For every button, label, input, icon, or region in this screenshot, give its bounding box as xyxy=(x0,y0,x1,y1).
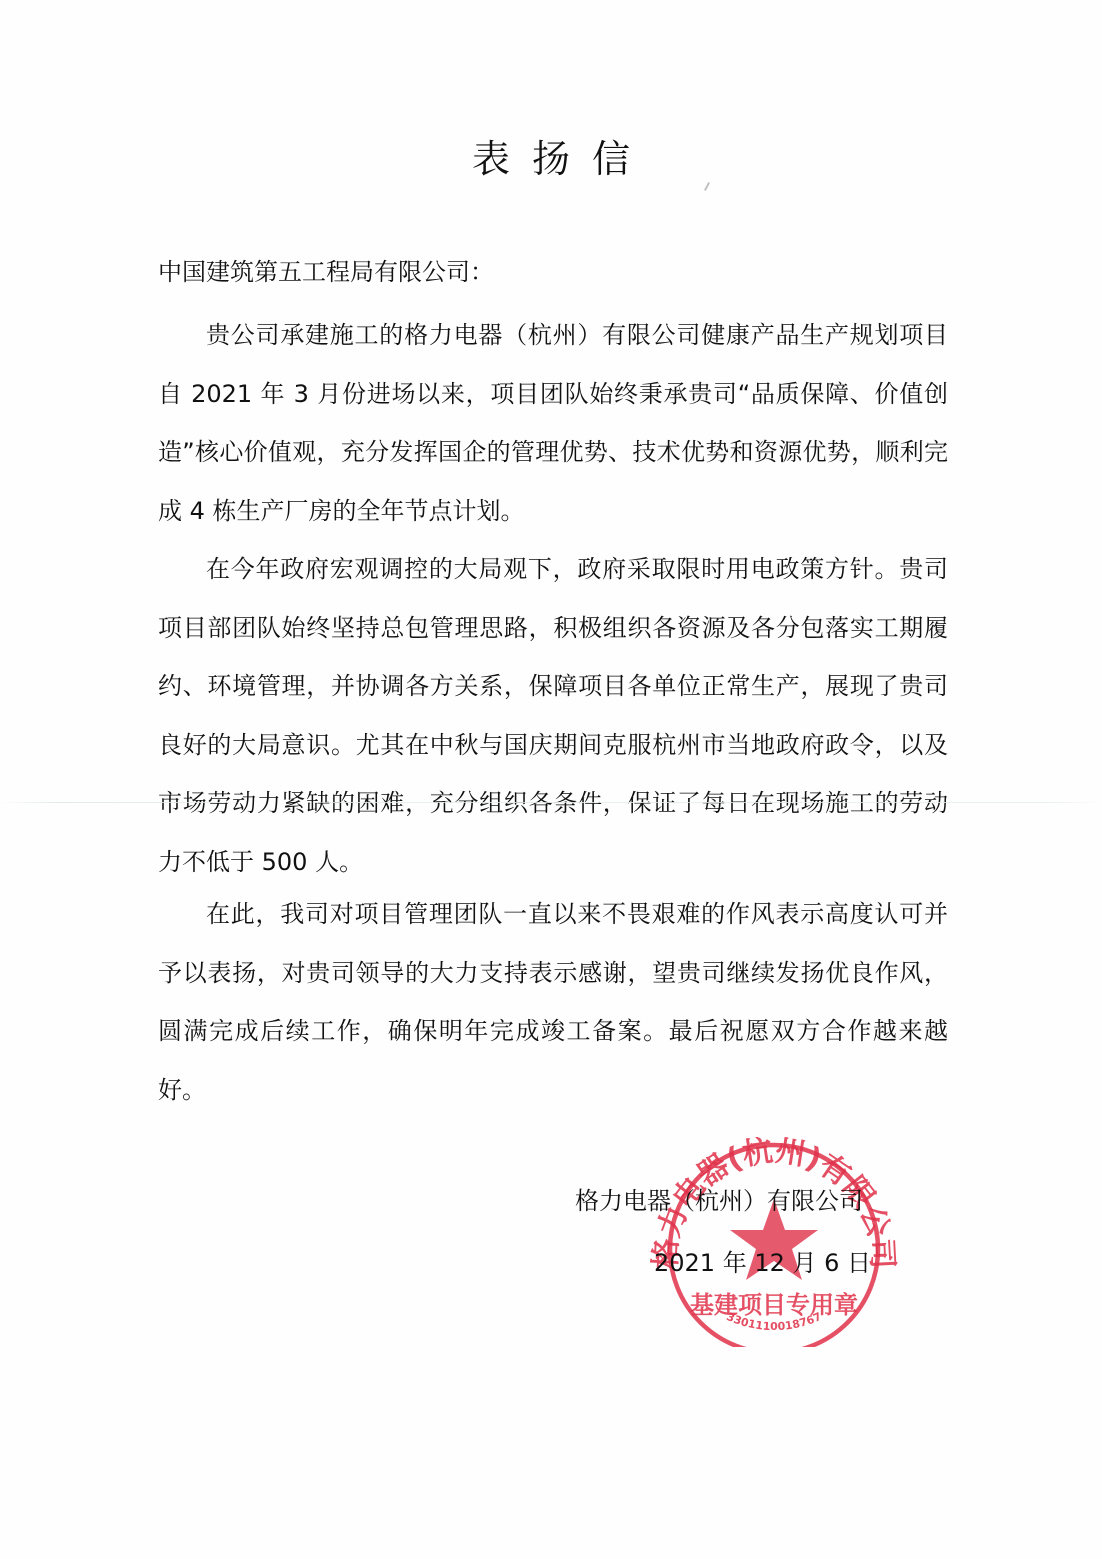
official-seal: 格力电器(杭州)有限公司 基建项目专用章 3301110018767 xyxy=(646,1137,902,1347)
scan-artifact xyxy=(704,182,710,191)
letter-title: 表扬信 xyxy=(0,128,1102,183)
letter-page: 表扬信 中国建筑第五工程局有限公司： 贵公司承建施工的格力电器（杭州）有限公司健… xyxy=(0,0,1102,1559)
paragraph-commendation: 在此，我司对项目管理团队一直以来不畏艰难的作风表示高度认可并予以表扬，对贵司领导… xyxy=(158,885,948,1119)
signature-date: 2021 年 12 月 6 日 xyxy=(654,1243,871,1278)
signature-company: 格力电器（杭州）有限公司 xyxy=(575,1181,863,1216)
paragraph-achievements: 贵公司承建施工的格力电器（杭州）有限公司健康产品生产规划项目自 2021 年 3… xyxy=(158,306,948,540)
paragraph-policy-support: 在今年政府宏观调控的大局观下，政府采取限时用电政策方针。贵司项目部团队始终坚持总… xyxy=(158,540,948,892)
scan-line-artifact xyxy=(0,802,1102,803)
seal-inner-text: 基建项目专用章 xyxy=(690,1291,858,1319)
salutation: 中国建筑第五工程局有限公司： xyxy=(158,252,494,287)
